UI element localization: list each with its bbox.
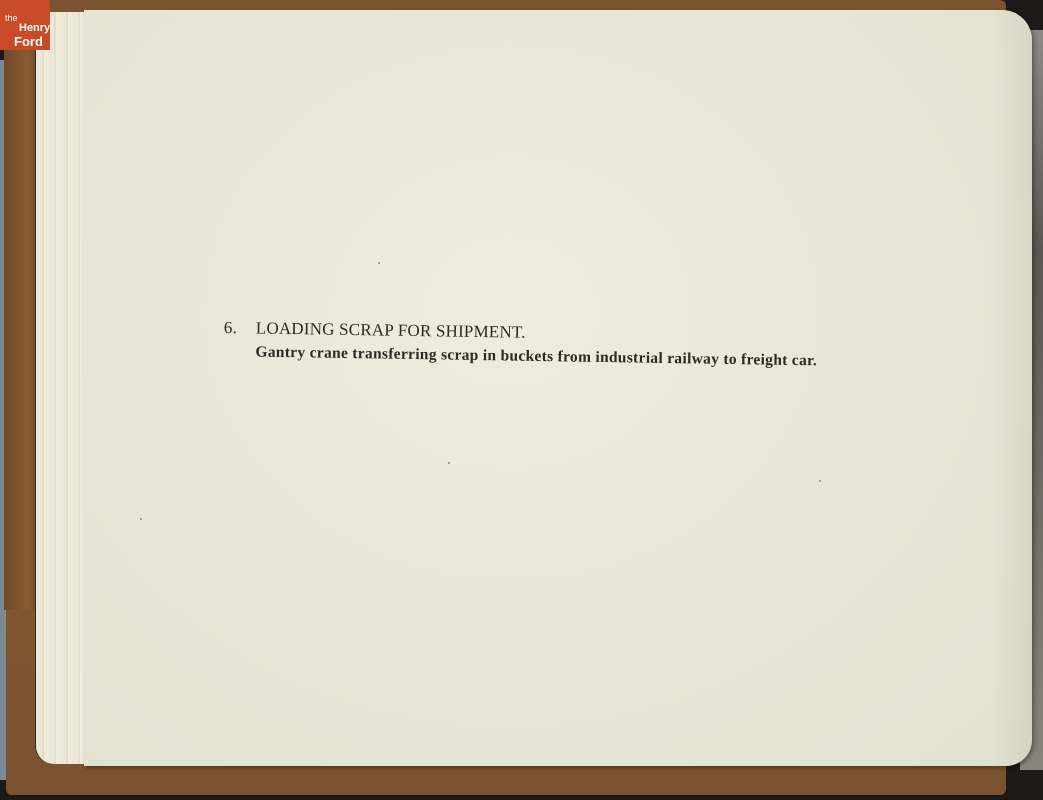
caption-description: Gantry crane transferring scrap in bucke… — [255, 343, 923, 371]
paper-speck — [140, 518, 142, 520]
caption-title: LOADING SCRAP FOR SHIPMENT. — [256, 319, 526, 343]
page-curl-shadow — [992, 10, 1032, 766]
caption-number: 6. — [224, 318, 256, 339]
logo-text-ford: Ford — [14, 35, 43, 48]
photo-caption: 6. LOADING SCRAP FOR SHIPMENT. Gantry cr… — [223, 318, 924, 372]
logo-text-the: the — [5, 14, 18, 23]
paper-speck — [448, 462, 450, 464]
album-page: 6. LOADING SCRAP FOR SHIPMENT. Gantry cr… — [84, 10, 1032, 766]
paper-speck — [819, 480, 821, 482]
logo-text-henry: Henry — [19, 23, 50, 34]
henry-ford-logo: the Henry Ford — [0, 0, 50, 50]
paper-speck — [378, 262, 380, 264]
